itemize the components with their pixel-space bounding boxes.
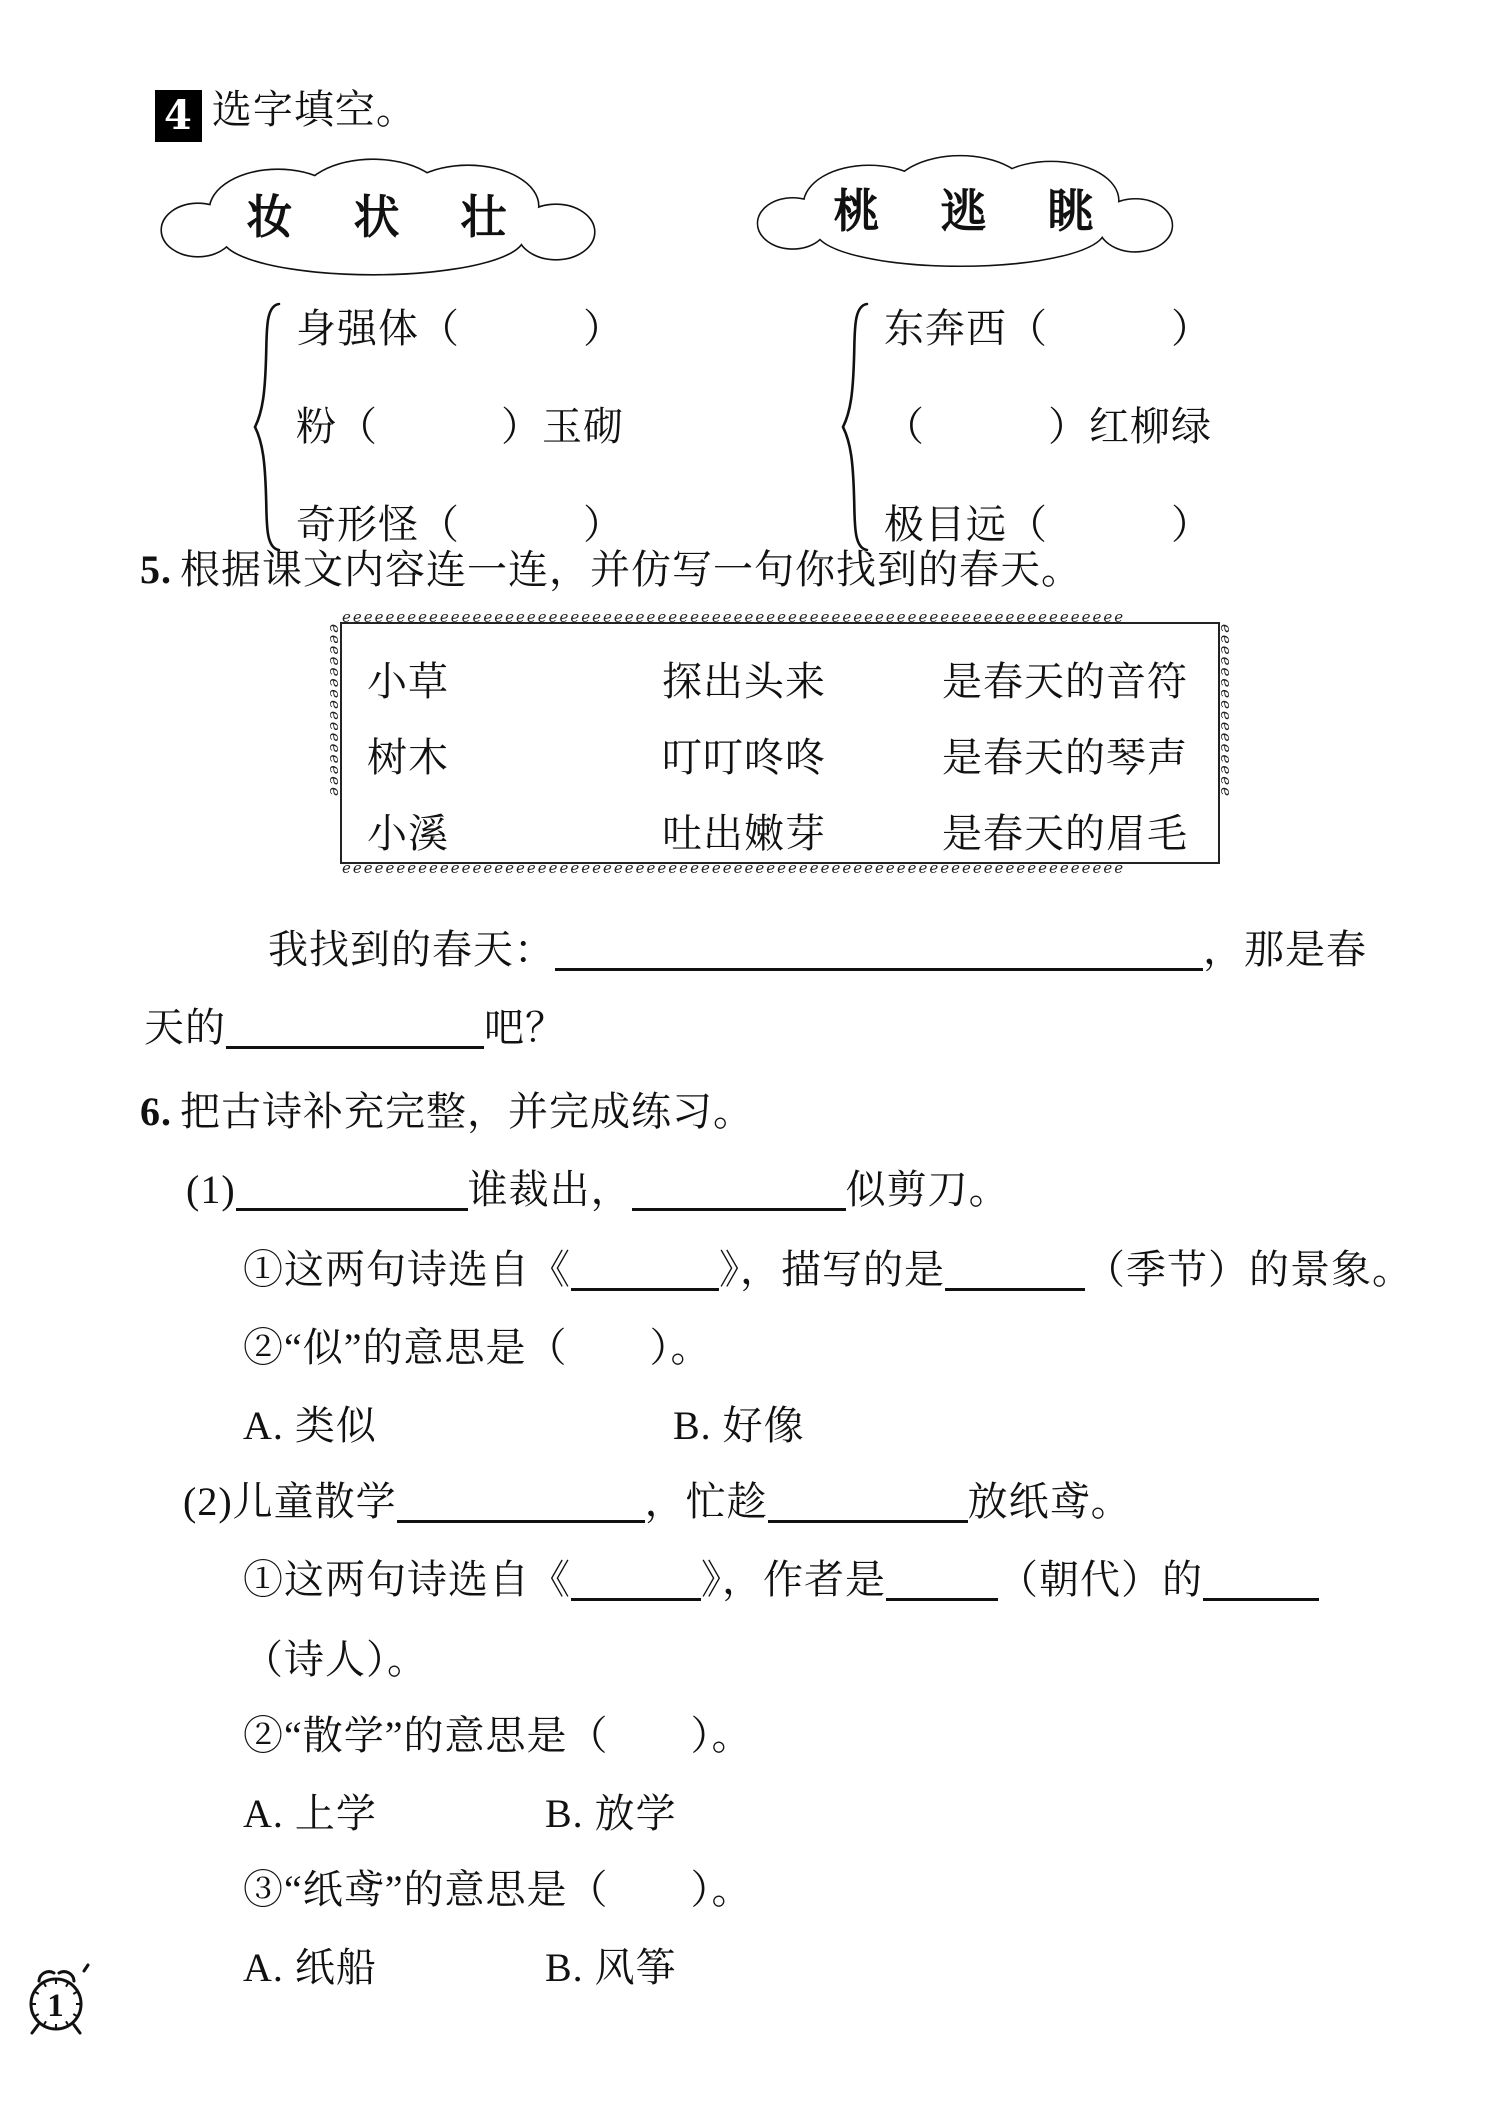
option-label: A. 类似 [243,1403,377,1448]
question-4-title: 选字填空。 [212,87,417,132]
candidate-char: 桃 [834,175,881,241]
match-mid: 吐出嫩芽 [662,802,942,866]
blank-line [555,956,1203,971]
cloud-right: 桃 逃 眺 [748,143,1180,277]
question-4-badge: 4 [155,90,202,142]
page-number: 1 [47,1988,65,2024]
worksheet-page: 4选字填空。 妆 状 壮 [0,0,1500,2120]
lace-border-right: eeeeeeeeeeeeeeee [1218,624,1233,862]
part1-label: (1) [186,1167,236,1212]
cloud-left: 妆 状 壮 [156,146,598,286]
match-mid: 叮叮咚咚 [662,726,942,790]
sub-question-text: ①这两句诗选自《 [243,1557,571,1602]
sentence-prefix: 我找到的春天： [268,927,555,972]
question-6-number: 6. [140,1089,172,1134]
match-right: 是春天的眉毛 [942,802,1188,866]
match-left: 树木 [367,726,662,790]
q6-part2-sub3-option-a: A. 纸船 [243,1936,377,1993]
q6-part2-sub2-option-a: A. 上学 [243,1782,377,1839]
sub-question-text: ①这两句诗选自《 [243,1247,571,1292]
matching-box: eeeeeeeeeeeeeeeeeeeeeeeeeeeeeeeeeeeeeeee… [340,622,1220,864]
q6-part1-option-a: A. 类似 [243,1394,377,1451]
match-left: 小溪 [367,802,662,866]
fill-item: （ ）红柳绿 [884,386,1212,468]
match-mid: 探出头来 [662,650,942,714]
q6-part2-sub3: ③“纸鸢”的意思是（ ）。 [243,1858,753,1915]
blank-line [1203,1586,1319,1601]
alarm-clock-icon: 1 [22,1962,92,2038]
q6-part2-sub2-option-b: B. 放学 [545,1782,677,1839]
q6-part2-sub3-option-b: B. 风筝 [545,1936,677,1993]
fill-items-right: 东奔西（ ） （ ）红柳绿 极目远（ ） [884,288,1212,566]
q6-part2-sub1: ①这两句诗选自《》，作者是（朝代）的 [243,1548,1319,1605]
q6-part1-sub1: ①这两句诗选自《》，描写的是（季节）的景象。 [243,1238,1413,1295]
question-6-title: 把古诗补充完整，并完成练习。 [180,1089,754,1134]
sentence-line2-suffix: 吧？ [484,1005,566,1050]
sentence-after-blank: ，那是春 [1203,927,1367,972]
q6-part2-sub2: ②“散学”的意思是（ ）。 [243,1704,753,1761]
sentence-line-1: 我找到的春天：，那是春 [268,918,1367,975]
sub-question-text: ②“散学”的意思是（ ）。 [243,1713,753,1758]
question-5-heading: 5.根据课文内容连一连，并仿写一句你找到的春天。 [140,538,1082,595]
sub-question-text: 》，描写的是 [719,1247,945,1292]
match-row: 树木 叮叮咚咚 是春天的琴声 [367,726,1198,790]
lace-border-left: eeeeeeeeeeeeeeee [327,624,342,862]
candidate-char: 眺 [1048,175,1095,241]
option-label: B. 放学 [545,1791,677,1836]
match-row: 小草 探出头来 是春天的音符 [367,650,1198,714]
option-label: A. 上学 [243,1791,377,1836]
question-4-heading: 4选字填空。 [155,78,417,142]
part2-verse-end: 放纸鸢。 [968,1479,1132,1524]
blank-line [632,1196,846,1211]
part1-verse-end: 似剪刀。 [846,1167,1010,1212]
option-label: B. 好像 [673,1403,805,1448]
brace-icon [840,301,870,553]
lace-border-top: eeeeeeeeeeeeeeeeeeeeeeeeeeeeeeeeeeeeeeee… [342,610,1218,625]
q6-part2-verse: (2)儿童散学，忙趁放纸鸢。 [183,1470,1132,1527]
blank-line [768,1508,968,1523]
part1-verse-mid: 谁裁出， [468,1167,632,1212]
part2-verse-pre: 儿童散学 [233,1479,397,1524]
part2-label: (2) [183,1479,233,1524]
blank-line [397,1508,645,1523]
match-left: 小草 [367,650,662,714]
question-6-heading: 6.把古诗补充完整，并完成练习。 [140,1080,754,1137]
candidate-char: 妆 [247,181,294,247]
blank-line [571,1586,701,1601]
match-row: 小溪 吐出嫩芽 是春天的眉毛 [367,802,1198,866]
sub-question-text: （诗人）。 [243,1637,428,1682]
blank-line [945,1276,1085,1291]
fill-item: 身强体（ ） [296,288,624,370]
sentence-line2-prefix: 天的 [144,1005,226,1050]
cloud-right-chars: 桃 逃 眺 [748,143,1180,277]
blank-line [226,1034,484,1049]
question-5-number: 5. [140,547,172,592]
q6-part2-sub1-line2: （诗人）。 [243,1628,428,1685]
page-number-clock: 1 [22,1962,92,2048]
fill-group-right: 东奔西（ ） （ ）红柳绿 极目远（ ） [840,288,1212,566]
sub-question-text: ②“似”的意思是（ ）。 [243,1325,712,1370]
sentence-line-2: 天的吧？ [144,996,566,1053]
blank-line [236,1196,468,1211]
question-5-title: 根据课文内容连一连，并仿写一句你找到的春天。 [180,547,1082,592]
brace-icon [252,301,282,553]
match-right: 是春天的音符 [942,650,1188,714]
sub-question-text: 》，作者是 [701,1557,886,1602]
q6-part1-option-b: B. 好像 [673,1394,805,1451]
fill-items-left: 身强体（ ） 粉（ ）玉砌 奇形怪（ ） [296,288,624,566]
fill-item: 东奔西（ ） [884,288,1212,370]
sub-question-text: （朝代）的 [998,1557,1203,1602]
sub-question-text: （季节）的景象。 [1085,1247,1413,1292]
cloud-left-chars: 妆 状 壮 [156,146,598,286]
option-label: B. 风筝 [545,1945,677,1990]
sub-question-text: ③“纸鸢”的意思是（ ）。 [243,1867,753,1912]
fill-group-left: 身强体（ ） 粉（ ）玉砌 奇形怪（ ） [252,288,624,566]
match-grid: 小草 探出头来 是春天的音符 树木 叮叮咚咚 是春天的琴声 小溪 吐出嫩芽 是春… [367,650,1198,878]
part2-verse-mid: ，忙趁 [645,1479,768,1524]
option-label: A. 纸船 [243,1945,377,1990]
candidate-char: 壮 [461,181,508,247]
blank-line [886,1586,998,1601]
candidate-char: 逃 [941,175,988,241]
fill-item: 粉（ ）玉砌 [296,386,624,468]
match-right: 是春天的琴声 [942,726,1188,790]
q6-part1-sub2: ②“似”的意思是（ ）。 [243,1316,712,1373]
blank-line [571,1276,719,1291]
candidate-char: 状 [354,181,401,247]
q6-part1-verse: (1)谁裁出，似剪刀。 [186,1158,1010,1215]
